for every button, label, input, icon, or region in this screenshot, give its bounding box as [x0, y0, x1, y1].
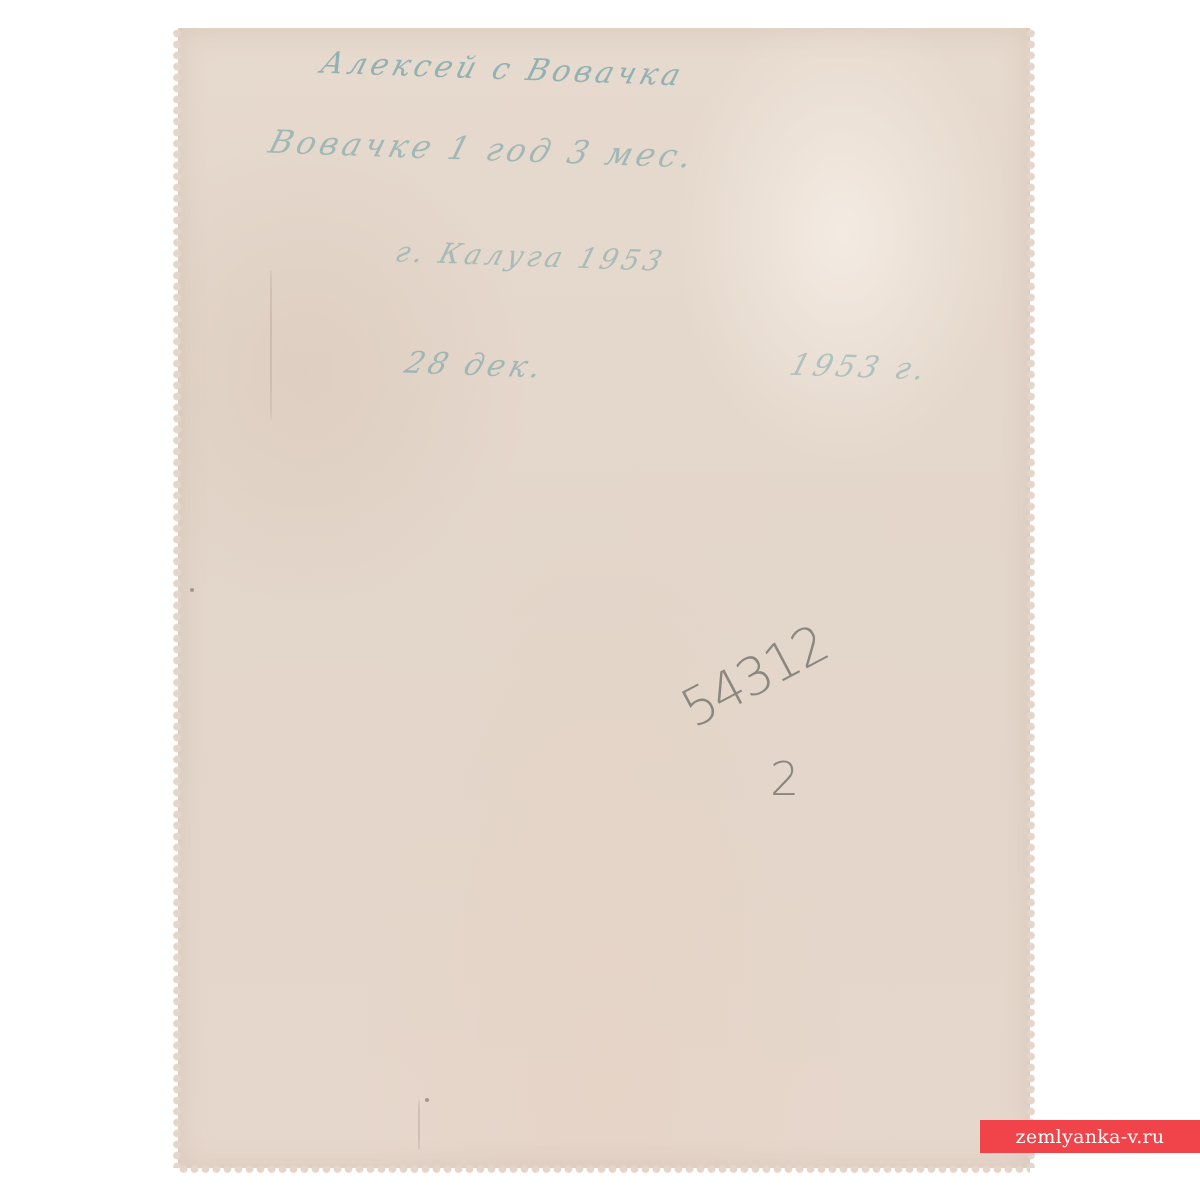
paper-spot: [190, 588, 194, 592]
scalloped-edge-right: [1027, 28, 1035, 1168]
paper-crease-left: [270, 270, 272, 420]
handwritten-date-day: 28 дек.: [401, 346, 550, 386]
pencil-inventory-subnumber: 2: [770, 752, 799, 806]
watermark-badge: zemlyanka-v.ru: [980, 1120, 1200, 1153]
paper-spot: [425, 1098, 429, 1102]
watermark-text: zemlyanka-v.ru: [1016, 1126, 1165, 1148]
photo-back-paper: [178, 28, 1030, 1168]
scalloped-edge-bottom: [178, 1165, 1030, 1173]
handwritten-date-year: 1953 г.: [786, 348, 933, 388]
scalloped-edge-left: [173, 28, 181, 1168]
paper-crease-bottom: [418, 1100, 420, 1150]
